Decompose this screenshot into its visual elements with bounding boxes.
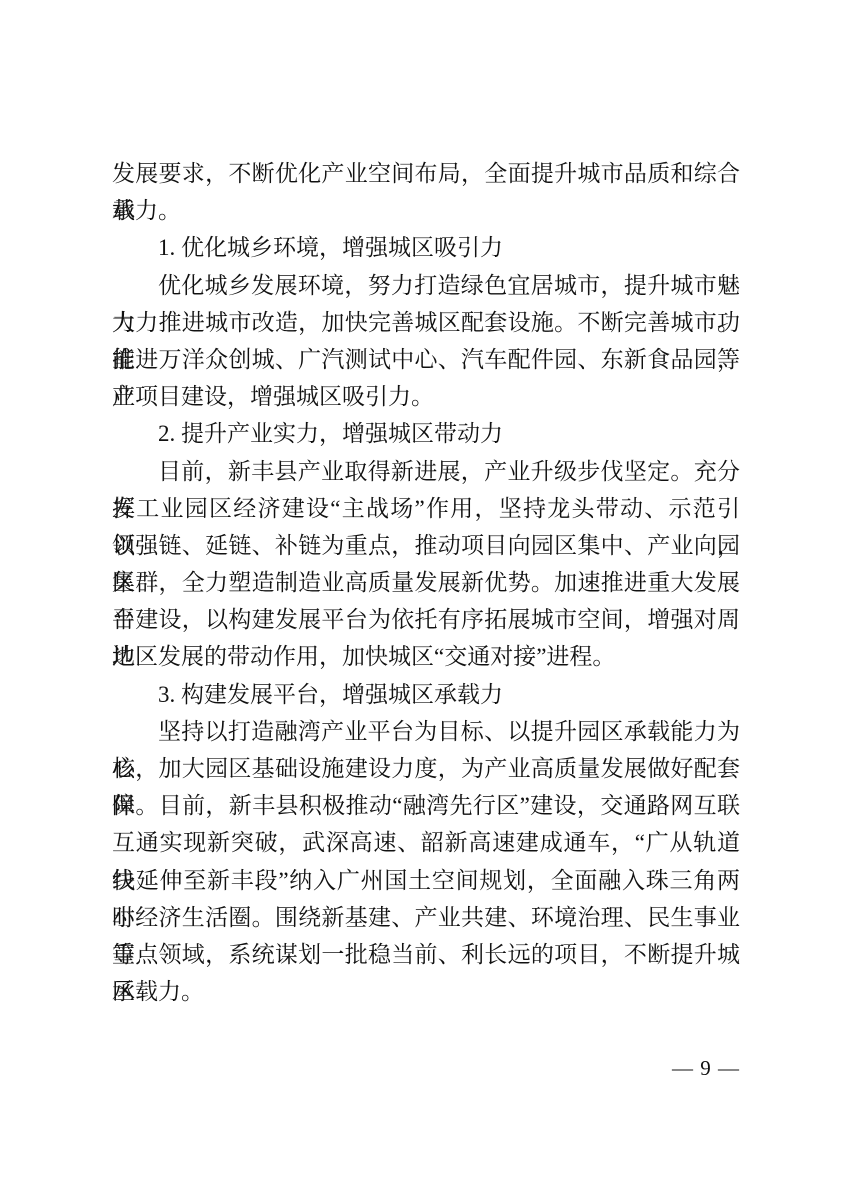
text-line: 坚持以打造融湾产业平台为目标、以提升园区承载能力为核 bbox=[112, 713, 740, 750]
heading: 2. 提升产业实力，增强城区带动力 bbox=[112, 415, 740, 452]
paragraph-continuation: 发展要求，不断优化产业空间布局，全面提升城市品质和综合承载力。 bbox=[112, 155, 740, 229]
text-line: 集群，全力塑造制造业高质量发展新优势。加速推进重大发展平 bbox=[112, 564, 740, 601]
paragraph: 目前，新丰县产业取得新进展，产业升级步伐坚定。充分发挥工业园区经济建设“主战场”… bbox=[112, 453, 740, 676]
text-line: 发展要求，不断优化产业空间布局，全面提升城市品质和综合承 bbox=[112, 155, 740, 192]
heading: 1. 优化城乡环境，增强城区吸引力 bbox=[112, 229, 740, 266]
text-line: 地区发展的带动作用，加快城区“交通对接”进程。 bbox=[112, 638, 740, 675]
paragraph: 优化城乡发展环境，努力打造绿色宜居城市，提升城市魅力。大力推进城市改造，加快完善… bbox=[112, 267, 740, 416]
paragraph: 坚持以打造融湾产业平台为目标、以提升园区承载能力为核心，加大园区基础设施建设力度… bbox=[112, 713, 740, 1011]
text-line: 优化城乡发展环境，努力打造绿色宜居城市，提升城市魅力。 bbox=[112, 267, 740, 304]
text-line: 线延伸至新丰段”纳入广州国土空间规划，全面融入珠三角两小 bbox=[112, 862, 740, 899]
document-body: 发展要求，不断优化产业空间布局，全面提升城市品质和综合承载力。1. 优化城乡环境… bbox=[112, 155, 740, 1010]
heading: 3. 构建发展平台，增强城区承载力 bbox=[112, 676, 740, 713]
page-number: — 9 — bbox=[672, 1053, 740, 1083]
text-line: 时经济生活圈。围绕新基建、产业共建、环境治理、民生事业等 bbox=[112, 899, 740, 936]
text-line: 目前，新丰县产业取得新进展，产业升级步伐坚定。充分发 bbox=[112, 453, 740, 490]
document-page: 发展要求，不断优化产业空间布局，全面提升城市品质和综合承载力。1. 优化城乡环境… bbox=[0, 0, 842, 1190]
text-line: 以强链、延链、补链为重点，推动项目向园区集中、产业向园区 bbox=[112, 527, 740, 564]
text-line: 挥工业园区经济建设“主战场”作用，坚持龙头带动、示范引领， bbox=[112, 490, 740, 527]
text-line: 2. 提升产业实力，增强城区带动力 bbox=[112, 415, 740, 452]
text-line: 心，加大园区基础设施建设力度，为产业高质量发展做好配套保 bbox=[112, 750, 740, 787]
text-line: 业项目建设，增强城区吸引力。 bbox=[112, 378, 740, 415]
text-line: 大力推进城市改造，加快完善城区配套设施。不断完善城市功能， bbox=[112, 304, 740, 341]
text-line: 载力。 bbox=[112, 192, 740, 229]
text-line: 重点领域，系统谋划一批稳当前、利长远的项目，不断提升城区 bbox=[112, 936, 740, 973]
text-line: 推进万洋众创城、广汽测试中心、汽车配件园、东新食品园等产 bbox=[112, 341, 740, 378]
text-line: 障。目前，新丰县积极推动“融湾先行区”建设，交通路网互联 bbox=[112, 787, 740, 824]
text-line: 台建设，以构建发展平台为依托有序拓展城市空间，增强对周边 bbox=[112, 601, 740, 638]
text-line: 承载力。 bbox=[112, 973, 740, 1010]
text-line: 互通实现新突破，武深高速、韶新高速建成通车，“广从轨道快 bbox=[112, 824, 740, 861]
text-line: 3. 构建发展平台，增强城区承载力 bbox=[112, 676, 740, 713]
text-line: 1. 优化城乡环境，增强城区吸引力 bbox=[112, 229, 740, 266]
